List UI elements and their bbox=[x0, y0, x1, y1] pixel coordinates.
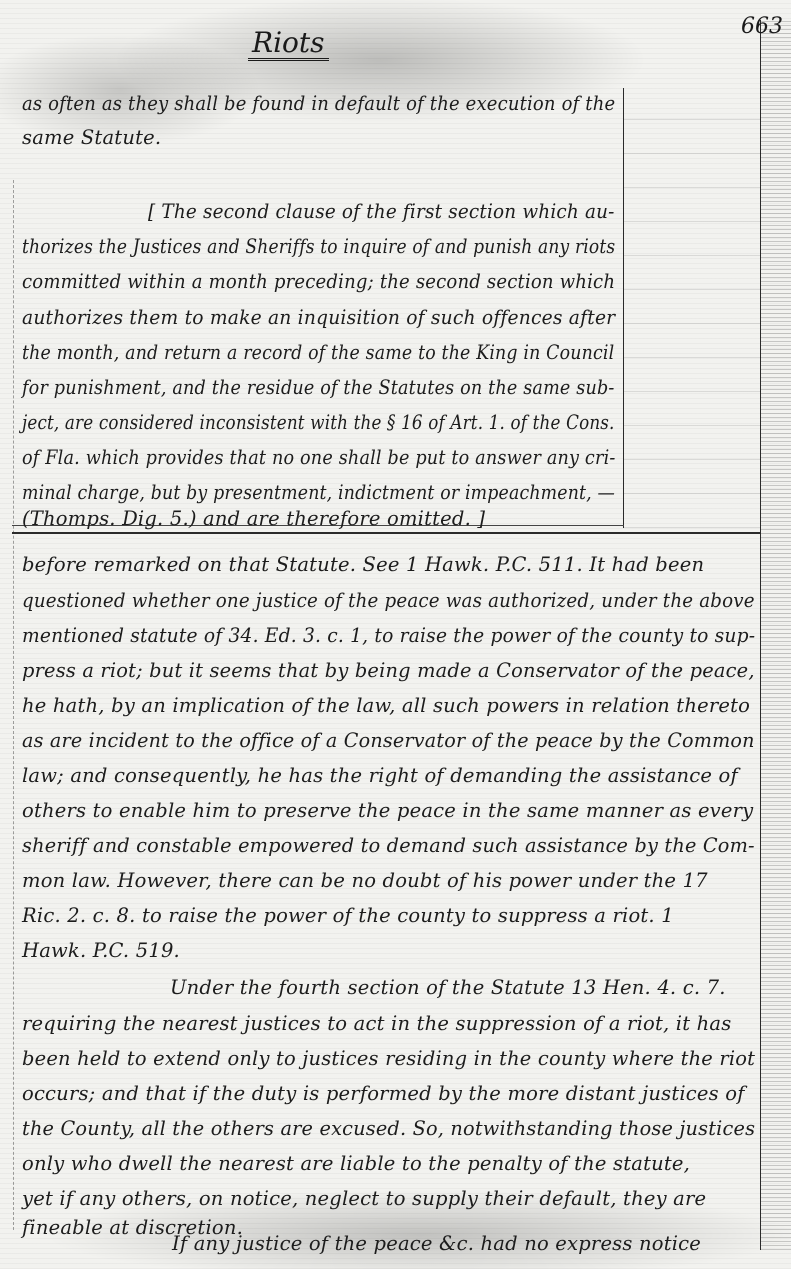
note-line: of Fla. which provides that no one shall… bbox=[22, 446, 616, 469]
page-number: 663 bbox=[741, 14, 783, 39]
note-line: authorizes them to make an inquisition o… bbox=[22, 306, 615, 329]
page-heading: Riots bbox=[248, 28, 329, 61]
text-line: as are incident to the office of a Conse… bbox=[22, 729, 755, 752]
text-line: Under the fourth section of the Statute … bbox=[170, 976, 726, 999]
text-line: he hath, by an implication of the law, a… bbox=[22, 694, 750, 717]
text-line: yet if any others, on notice, neglect to… bbox=[22, 1187, 706, 1210]
note-line: committed within a month preceding; the … bbox=[22, 270, 615, 293]
text-line: the County, all the others are excused. … bbox=[22, 1117, 755, 1140]
margin-notes-column bbox=[623, 88, 761, 528]
text-line: only who dwell the nearest are liable to… bbox=[22, 1152, 690, 1175]
text-line: press a riot; but it seems that by being… bbox=[22, 659, 755, 682]
text-line: requiring the nearest justices to act in… bbox=[22, 1012, 731, 1035]
text-line: mentioned statute of 34. Ed. 3. c. 1, to… bbox=[22, 624, 755, 647]
note-line: minal charge, but by presentment, indict… bbox=[22, 481, 615, 504]
left-margin-rule bbox=[13, 180, 14, 1230]
text-line: been held to extend only to justices res… bbox=[22, 1047, 755, 1070]
note-line: ject, are considered inconsistent with t… bbox=[22, 411, 615, 434]
right-margin-strip bbox=[760, 20, 791, 1250]
text-line: Hawk. P.C. 519. bbox=[22, 939, 180, 962]
text-line: others to enable him to preserve the pea… bbox=[22, 799, 753, 822]
text-line: mon law. However, there can be no doubt … bbox=[22, 869, 708, 892]
text-line: as often as they shall be found in defau… bbox=[22, 92, 615, 115]
section-divider bbox=[12, 532, 760, 534]
text-line: If any justice of the peace &c. had no e… bbox=[172, 1232, 701, 1255]
text-line: sheriff and constable empowered to deman… bbox=[22, 834, 755, 857]
text-line: occurs; and that if the duty is performe… bbox=[22, 1082, 745, 1105]
text-line: Ric. 2. c. 8. to raise the power of the … bbox=[22, 904, 674, 927]
text-line: same Statute. bbox=[22, 126, 161, 149]
note-line: the month, and return a record of the sa… bbox=[22, 341, 614, 364]
text-line: questioned whether one justice of the pe… bbox=[22, 589, 755, 612]
note-line: thorizes the Justices and Sheriffs to in… bbox=[22, 235, 615, 258]
text-line: before remarked on that Statute. See 1 H… bbox=[22, 553, 704, 576]
note-line: (Thomps. Dig. 5.) and are therefore omit… bbox=[22, 507, 485, 530]
note-line: [ The second clause of the first section… bbox=[148, 200, 615, 223]
manuscript-page: 663 Riots as often as they shall be foun… bbox=[0, 0, 791, 1269]
text-line: law; and consequently, he has the right … bbox=[22, 764, 738, 787]
note-line: for punishment, and the residue of the S… bbox=[22, 376, 615, 399]
